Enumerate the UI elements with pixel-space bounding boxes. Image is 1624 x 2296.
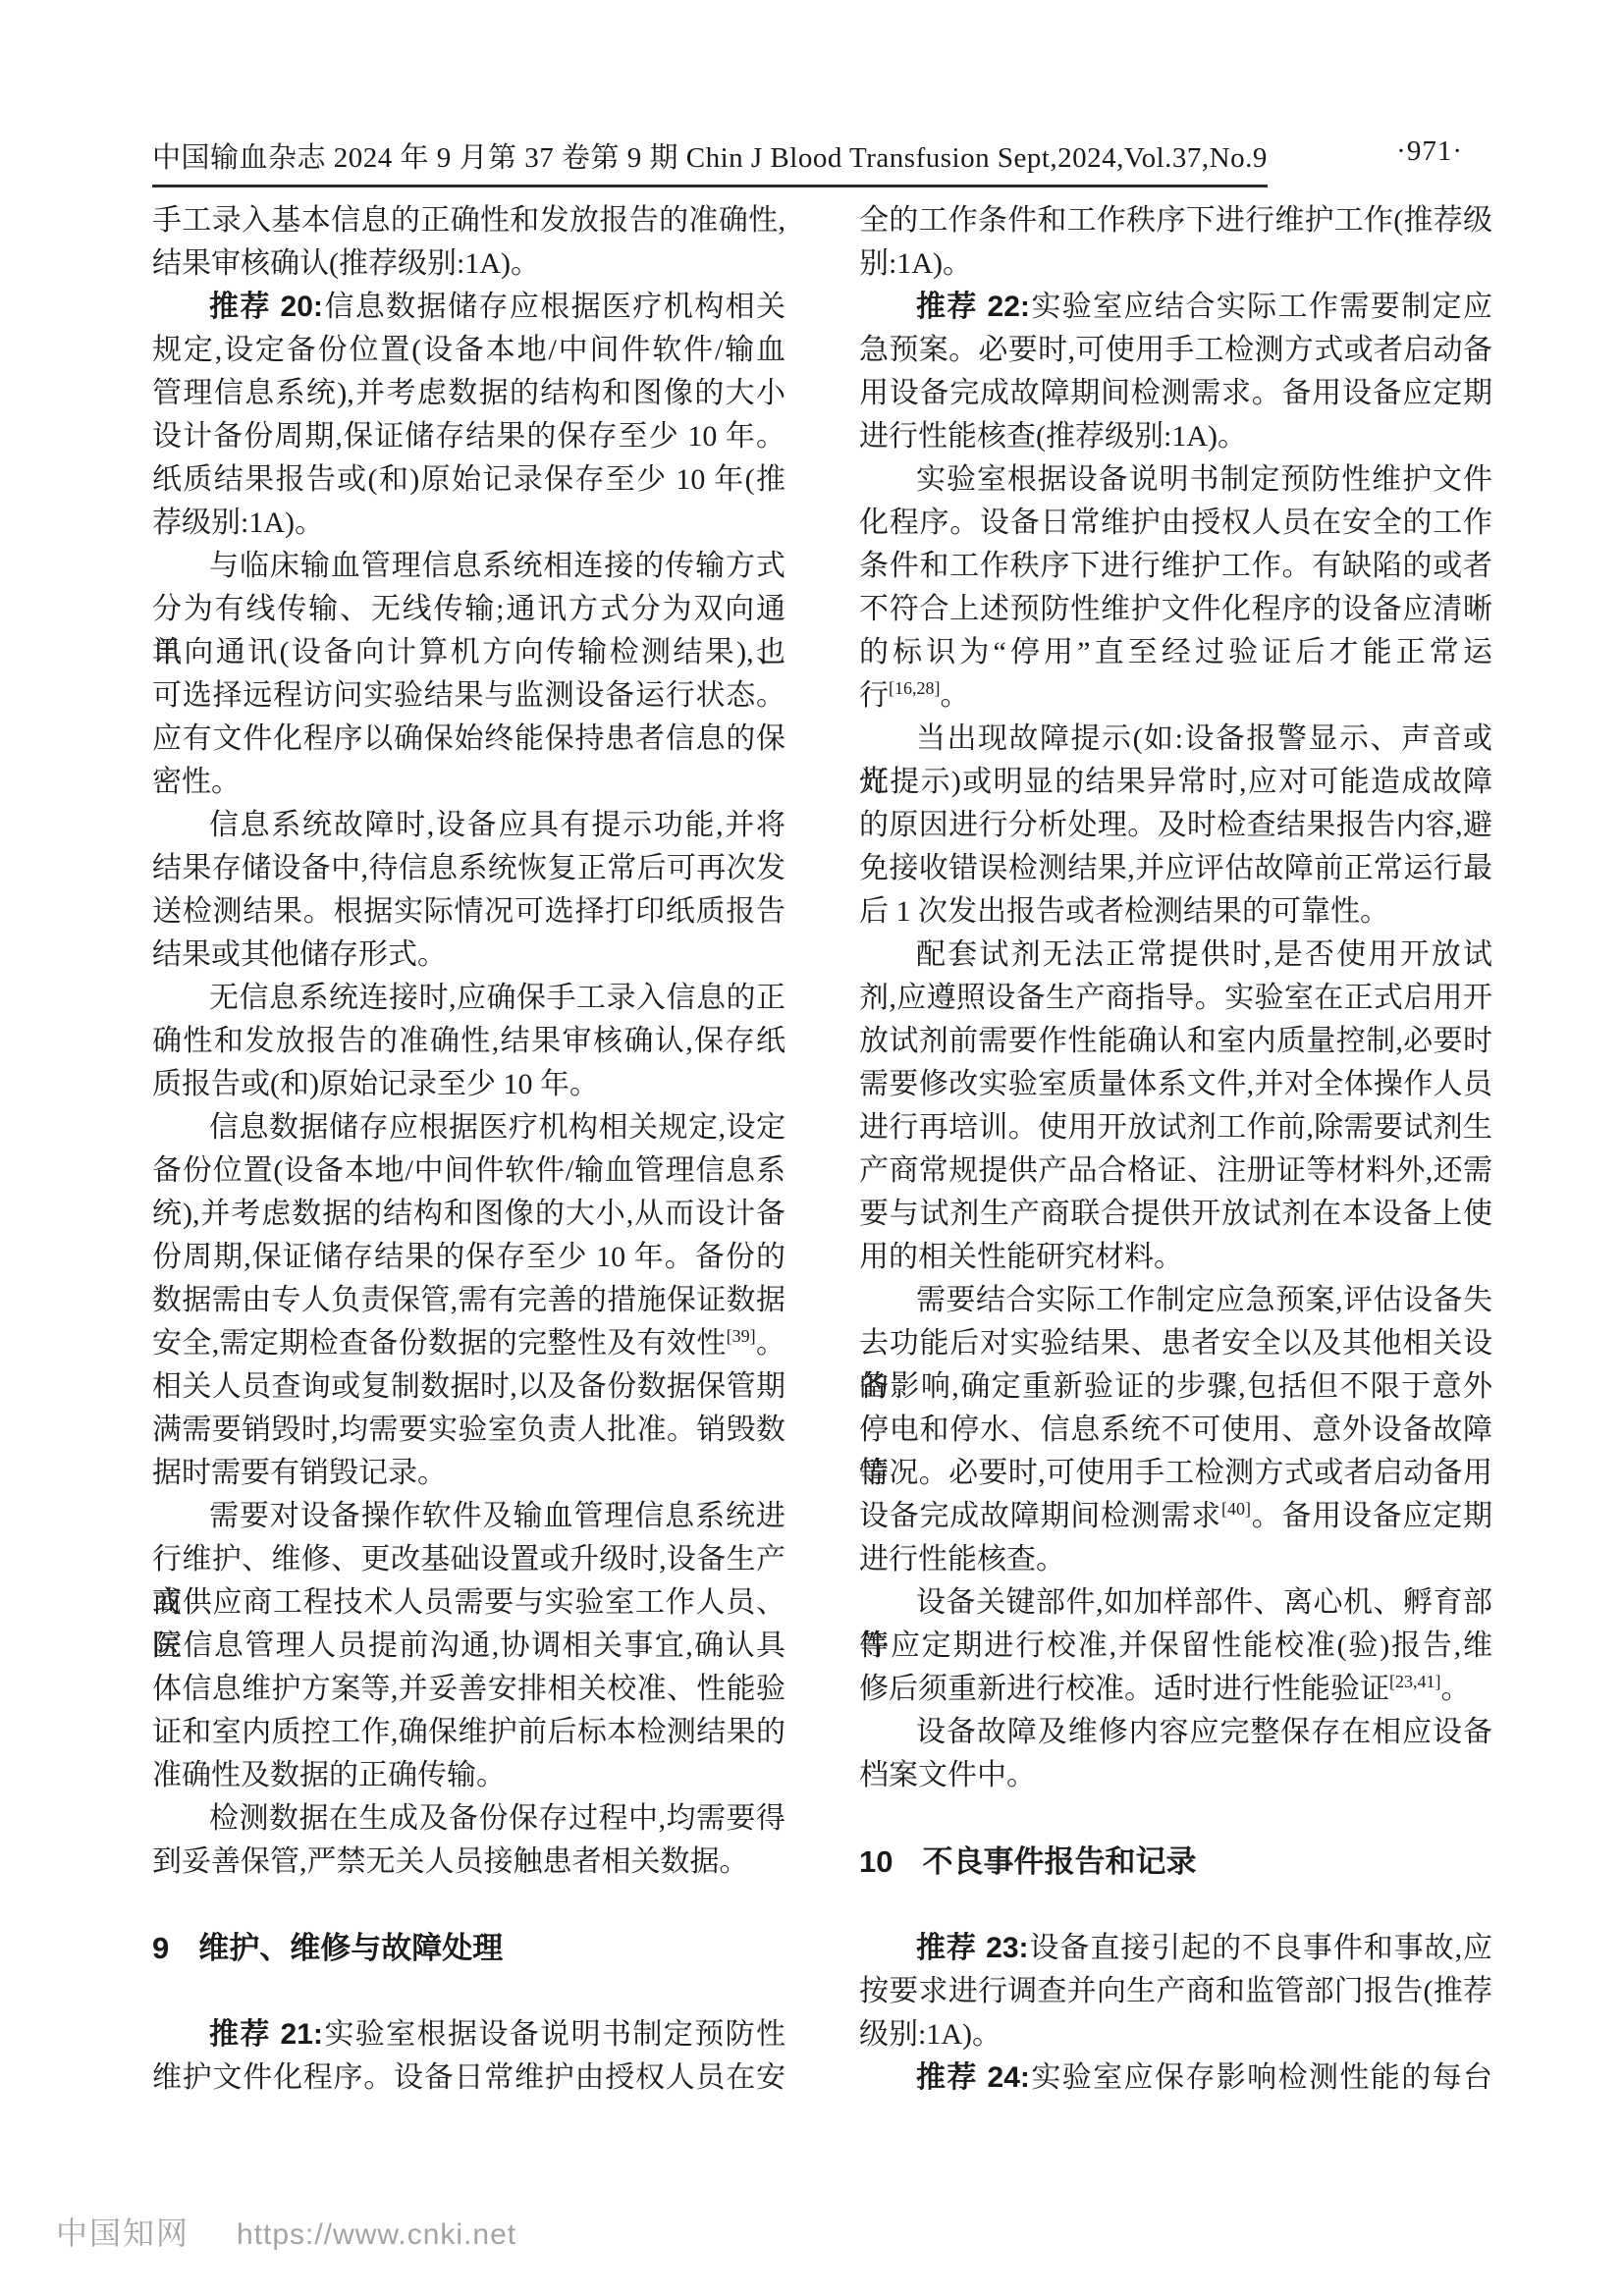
text-line: 推荐 21:实验室根据设备说明书制定预防性 <box>152 2013 785 2056</box>
text-line: 送检测结果。根据实际情况可选择打印纸质报告 <box>152 890 785 934</box>
text-run: 结果或其他储存形式。 <box>152 938 447 971</box>
text-run: 需要对设备操作软件及输血管理信息系统进 <box>209 1500 785 1532</box>
text-line: 要与试剂生产商联合提供开放试剂在本设备上使 <box>859 1193 1492 1236</box>
text-run: 管理信息系统),并考虑数据的结构和图像的大小 <box>152 377 785 409</box>
text-line: 检测数据在生成及备份保存过程中,均需要得 <box>152 1797 785 1841</box>
text-run: 实验室应结合实际工作需要制定应 <box>1030 291 1492 323</box>
text-run: 进行性能核查(推荐级别:1A)。 <box>859 420 1247 453</box>
text-run: 信息数据储存应根据医疗机构相关规定,设定 <box>209 1111 785 1144</box>
page-footer: 中国知网 https://www.cnki.net <box>56 2209 516 2248</box>
text-run: 光提示)或明显的结果异常时,应对可能造成故障 <box>859 766 1492 798</box>
text-line: 后 1 次发出报告或者检测结果的可靠性。 <box>859 890 1492 934</box>
text-line: 单向通讯(设备向计算机方向传输检测结果),也 <box>152 631 785 674</box>
text-run: 统),并考虑数据的结构和图像的大小,从而设计备 <box>152 1198 785 1230</box>
text-run: 满需要销毁时,均需要实验室负责人批准。销毁数 <box>152 1414 785 1446</box>
text-line: 行[16,28]。 <box>859 674 1492 718</box>
text-run: 全的工作条件和工作秩序下进行维护工作(推荐级 <box>859 204 1492 237</box>
text-line: 推荐 20:信息数据储存应根据医疗机构相关 <box>152 286 785 329</box>
text-run: 份周期,保证储存结果的保存至少 10 年。备份的 <box>152 1241 785 1273</box>
text-run: 纸质结果报告或(和)原始记录保存至少 10 年(推 <box>152 463 785 496</box>
text-run: 送检测结果。根据实际情况可选择打印纸质报告 <box>152 895 785 928</box>
text-line: 满需要销毁时,均需要实验室负责人批准。销毁数 <box>152 1409 785 1452</box>
text-run: 结果审核确认(推荐级别:1A)。 <box>152 247 540 280</box>
recommendation-label: 推荐 22: <box>916 291 1030 323</box>
text-line: 情况。必要时,可使用手工检测方式或者启动备用 <box>859 1452 1492 1495</box>
text-run: 检测数据在生成及备份保存过程中,均需要得 <box>209 1802 785 1835</box>
text-run: 实验室应保存影响检测性能的每台 <box>1030 2061 1492 2094</box>
text-run: 数据需由专人负责保管,需有完善的措施保证数据 <box>152 1284 785 1316</box>
text-line: 产商常规提供产品合格证、注册证等材料外,还需 <box>859 1149 1492 1193</box>
text-run: 等应定期进行校准,并保留性能校准(验)报告,维 <box>859 1629 1492 1662</box>
left-column: 手工录入基本信息的正确性和发放报告的准确性,结果审核确认(推荐级别:1A)。推荐… <box>152 199 785 2100</box>
text-run: 实验室根据设备说明书制定预防性维护文件 <box>916 463 1492 496</box>
text-line: 需要对设备操作软件及输血管理信息系统进 <box>152 1495 785 1538</box>
text-line: 应有文件化程序以确保始终能保持患者信息的保 <box>152 718 785 761</box>
text-line: 进行性能核查。 <box>859 1538 1492 1581</box>
text-run: 质报告或(和)原始记录至少 10 年。 <box>152 1068 599 1100</box>
text-line: 管理信息系统),并考虑数据的结构和图像的大小 <box>152 372 785 415</box>
section-title: 不良事件报告和记录 <box>922 1844 1196 1879</box>
section-heading: 9维护、维修与故障处理 <box>152 1927 785 1970</box>
text-line: 结果审核确认(推荐级别:1A)。 <box>152 242 785 286</box>
section-title: 维护、维修与故障处理 <box>198 1931 503 1965</box>
text-line: 备份位置(设备本地/中间件软件/输血管理信息系 <box>152 1149 785 1193</box>
text-run: 体信息维护方案等,并妥善安排相关校准、性能验 <box>152 1673 785 1705</box>
text-run: 后 1 次发出报告或者检测结果的可靠性。 <box>859 895 1389 928</box>
text-line: 与临床输血管理信息系统相连接的传输方式 <box>152 545 785 588</box>
text-run: 设备完成故障期间检测需求 <box>859 1500 1221 1532</box>
text-line: 荐级别:1A)。 <box>152 502 785 545</box>
text-line: 的影响,确定重新验证的步骤,包括但不限于意外 <box>859 1365 1492 1409</box>
recommendation-label: 推荐 23: <box>916 1932 1029 1964</box>
text-line: 档案文件中。 <box>859 1754 1492 1797</box>
text-line: 按要求进行调查并向生产商和监管部门报告(推荐 <box>859 1970 1492 2013</box>
text-run: 单向通讯(设备向计算机方向传输检测结果),也 <box>152 636 785 668</box>
text-run: 进行再培训。使用开放试剂工作前,除需要试剂生 <box>859 1111 1492 1144</box>
text-line: 或供应商工程技术人员需要与实验室工作人员、医 <box>152 1581 785 1625</box>
recommendation-label: 推荐 20: <box>209 291 323 323</box>
text-run: 规定,设定备份位置(设备本地/中间件软件/输血 <box>152 334 785 366</box>
text-line: 全的工作条件和工作秩序下进行维护工作(推荐级 <box>859 199 1492 242</box>
text-run: 备份位置(设备本地/中间件软件/输血管理信息系 <box>152 1154 785 1187</box>
text-line: 手工录入基本信息的正确性和发放报告的准确性, <box>152 199 785 242</box>
text-line: 结果或其他储存形式。 <box>152 934 785 977</box>
text-line: 的原因进行分析处理。及时检查结果报告内容,避 <box>859 804 1492 847</box>
text-line: 设计备份周期,保证储存结果的保存至少 10 年。 <box>152 415 785 458</box>
text-run: 手工录入基本信息的正确性和发放报告的准确性, <box>152 204 785 237</box>
text-run: 设计备份周期,保证储存结果的保存至少 10 年。 <box>152 420 785 453</box>
text-run: 需要修改实验室质量体系文件,并对全体操作人员 <box>859 1068 1492 1100</box>
text-line: 等应定期进行校准,并保留性能校准(验)报告,维 <box>859 1625 1492 1668</box>
text-line: 推荐 24:实验室应保存影响检测性能的每台 <box>859 2056 1492 2100</box>
text-line: 设备故障及维修内容应完整保存在相应设备 <box>859 1711 1492 1754</box>
text-line: 设备完成故障期间检测需求[40]。备用设备应定期 <box>859 1495 1492 1538</box>
text-run: 行 <box>859 679 889 712</box>
text-run: 别:1A)。 <box>859 247 972 280</box>
text-line: 级别:1A)。 <box>859 2013 1492 2056</box>
journal-header-text: 中国输血杂志 2024 年 9 月第 37 卷第 9 期 Chin J Bloo… <box>152 135 1268 187</box>
text-run: 信息系统故障时,设备应具有提示功能,并将 <box>209 809 785 841</box>
text-run: 到妥善保管,严禁无关人员接触患者相关数据。 <box>152 1845 749 1878</box>
text-line: 实验室根据设备说明书制定预防性维护文件 <box>859 458 1492 502</box>
right-column: 全的工作条件和工作秩序下进行维护工作(推荐级别:1A)。推荐 22:实验室应结合… <box>859 199 1492 2100</box>
text-run: 与临床输血管理信息系统相连接的传输方式 <box>209 550 785 582</box>
text-run: 按要求进行调查并向生产商和监管部门报告(推荐 <box>859 1975 1492 2007</box>
text-line: 信息系统故障时,设备应具有提示功能,并将 <box>152 804 785 847</box>
text-line: 急预案。必要时,可使用手工检测方式或者启动备 <box>859 329 1492 372</box>
text-line: 的标识为“停用”直至经过验证后才能正常运 <box>859 631 1492 674</box>
text-line: 准确性及数据的正确传输。 <box>152 1754 785 1797</box>
text-line: 别:1A)。 <box>859 242 1492 286</box>
text-run: 信息数据储存应根据医疗机构相关 <box>323 291 785 323</box>
text-line: 维护文件化程序。设备日常维护由授权人员在安 <box>152 2056 785 2100</box>
text-line: 信息数据储存应根据医疗机构相关规定,设定 <box>152 1106 785 1149</box>
text-line: 分为有线传输、无线传输;通讯方式分为双向通讯、 <box>152 588 785 631</box>
text-line: 需要结合实际工作制定应急预案,评估设备失 <box>859 1279 1492 1322</box>
text-line: 密性。 <box>152 761 785 804</box>
text-line: 可选择远程访问实验结果与监测设备运行状态。 <box>152 674 785 718</box>
text-line: 证和室内质控工作,确保维护前后标本检测结果的 <box>152 1711 785 1754</box>
text-line: 修后须重新进行校准。适时进行性能验证[23,41]。 <box>859 1668 1492 1711</box>
text-line: 确性和发放报告的准确性,结果审核确认,保存纸 <box>152 1020 785 1063</box>
journal-page: 中国输血杂志 2024 年 9 月第 37 卷第 9 期 Chin J Bloo… <box>0 0 1624 2296</box>
text-line: 免接收错误检测结果,并应评估故障前正常运行最 <box>859 847 1492 890</box>
text-line: 配套试剂无法正常提供时,是否使用开放试 <box>859 934 1492 977</box>
text-run: 。 <box>756 1327 785 1360</box>
text-run: 。 <box>1441 1673 1471 1705</box>
text-run: 证和室内质控工作,确保维护前后标本检测结果的 <box>152 1716 785 1748</box>
text-line: 质报告或(和)原始记录至少 10 年。 <box>152 1063 785 1106</box>
text-line: 停电和停水、信息系统不可使用、意外设备故障等 <box>859 1409 1492 1452</box>
text-line: 进行性能核查(推荐级别:1A)。 <box>859 415 1492 458</box>
text-line: 用的相关性能研究材料。 <box>859 1236 1492 1279</box>
text-run: 可选择远程访问实验结果与监测设备运行状态。 <box>152 679 785 712</box>
text-run: 免接收错误检测结果,并应评估故障前正常运行最 <box>859 852 1492 884</box>
text-run: 剂,应遵照设备生产商指导。实验室在正式启用开 <box>859 982 1492 1014</box>
text-line: 院信息管理人员提前沟通,协调相关事宜,确认具 <box>152 1625 785 1668</box>
text-run: 。 <box>941 679 970 712</box>
text-run: 条件和工作秩序下进行维护工作。有缺陷的或者 <box>859 550 1492 582</box>
text-run: 结果存储设备中,待信息系统恢复正常后可再次发 <box>152 852 785 884</box>
text-line: 安全,需定期检查备份数据的完整性及有效性[39]。 <box>152 1322 785 1365</box>
text-run: 相关人员查询或复制数据时,以及备份数据保管期 <box>152 1370 785 1403</box>
section-heading: 10不良事件报告和记录 <box>859 1841 1492 1884</box>
text-line: 份周期,保证储存结果的保存至少 10 年。备份的 <box>152 1236 785 1279</box>
text-line: 放试剂前需要作性能确认和室内质量控制,必要时 <box>859 1020 1492 1063</box>
text-line: 规定,设定备份位置(设备本地/中间件软件/输血 <box>152 329 785 372</box>
text-line: 体信息维护方案等,并妥善安排相关校准、性能验 <box>152 1668 785 1711</box>
text-run: 进行性能核查。 <box>859 1543 1065 1575</box>
text-run: 修后须重新进行校准。适时进行性能验证 <box>859 1673 1389 1705</box>
text-line: 无信息系统连接时,应确保手工录入信息的正 <box>152 977 785 1020</box>
text-run: 情况。必要时,可使用手工检测方式或者启动备用 <box>859 1457 1492 1489</box>
text-run: 的标识为“停用”直至经过验证后才能正常运 <box>859 636 1492 668</box>
text-run: 安全,需定期检查备份数据的完整性及有效性 <box>152 1327 727 1360</box>
text-run: 无信息系统连接时,应确保手工录入信息的正 <box>209 982 785 1014</box>
recommendation-label: 推荐 21: <box>209 2018 323 2051</box>
page-number: ·971· <box>1396 135 1463 168</box>
text-run: 配套试剂无法正常提供时,是否使用开放试 <box>916 938 1492 971</box>
text-run: 维护文件化程序。设备日常维护由授权人员在安 <box>152 2061 785 2094</box>
text-run: 设备故障及维修内容应完整保存在相应设备 <box>916 1716 1492 1748</box>
text-run: 荐级别:1A)。 <box>152 507 324 539</box>
text-line: 去功能后对实验结果、患者安全以及其他相关设备 <box>859 1322 1492 1365</box>
text-line: 条件和工作秩序下进行维护工作。有缺陷的或者 <box>859 545 1492 588</box>
text-line: 进行再培训。使用开放试剂工作前,除需要试剂生 <box>859 1106 1492 1149</box>
section-number: 10 <box>859 1844 893 1879</box>
text-line: 不符合上述预防性维护文件化程序的设备应清晰 <box>859 588 1492 631</box>
text-run: 设备直接引起的不良事件和事故,应 <box>1029 1932 1493 1964</box>
text-line: 设备关键部件,如加样部件、离心机、孵育部件 <box>859 1581 1492 1625</box>
text-run: 。备用设备应定期 <box>1251 1500 1492 1532</box>
text-run: 需要结合实际工作制定应急预案,评估设备失 <box>916 1284 1492 1316</box>
page-header: 中国输血杂志 2024 年 9 月第 37 卷第 9 期 Chin J Bloo… <box>152 135 1492 185</box>
text-line: 纸质结果报告或(和)原始记录保存至少 10 年(推 <box>152 458 785 502</box>
text-run: 用的相关性能研究材料。 <box>859 1241 1183 1273</box>
text-run: 档案文件中。 <box>859 1759 1036 1791</box>
text-run: 应有文件化程序以确保始终能保持患者信息的保 <box>152 722 785 755</box>
text-line: 统),并考虑数据的结构和图像的大小,从而设计备 <box>152 1193 785 1236</box>
text-run: 不符合上述预防性维护文件化程序的设备应清晰 <box>859 593 1492 625</box>
text-line: 行维护、维修、更改基础设置或升级时,设备生产商 <box>152 1538 785 1581</box>
text-run: 确性和发放报告的准确性,结果审核确认,保存纸 <box>152 1025 785 1057</box>
text-run: 实验室根据设备说明书制定预防性 <box>323 2018 785 2051</box>
text-run: 据时需要有销毁记录。 <box>152 1457 447 1489</box>
text-line: 推荐 23:设备直接引起的不良事件和事故,应 <box>859 1927 1492 1970</box>
text-run: 的原因进行分析处理。及时检查结果报告内容,避 <box>859 809 1492 841</box>
text-line: 据时需要有销毁记录。 <box>152 1452 785 1495</box>
text-line: 需要修改实验室质量体系文件,并对全体操作人员 <box>859 1063 1492 1106</box>
text-run: 密性。 <box>152 766 241 798</box>
cnki-watermark-label: 中国知网 <box>56 2216 189 2251</box>
text-line: 数据需由专人负责保管,需有完善的措施保证数据 <box>152 1279 785 1322</box>
text-line: 当出现故障提示(如:设备报警显示、声音或灯 <box>859 718 1492 761</box>
citation-reference: [16,28] <box>889 678 941 698</box>
text-line: 相关人员查询或复制数据时,以及备份数据保管期 <box>152 1365 785 1409</box>
text-run: 的影响,确定重新验证的步骤,包括但不限于意外 <box>859 1370 1492 1403</box>
text-run: 放试剂前需要作性能确认和室内质量控制,必要时 <box>859 1025 1492 1057</box>
text-run: 准确性及数据的正确传输。 <box>152 1759 506 1791</box>
text-run: 级别:1A)。 <box>859 2018 1001 2051</box>
text-line: 剂,应遵照设备生产商指导。实验室在正式启用开 <box>859 977 1492 1020</box>
text-line: 推荐 22:实验室应结合实际工作需要制定应 <box>859 286 1492 329</box>
text-run: 院信息管理人员提前沟通,协调相关事宜,确认具 <box>152 1629 785 1662</box>
text-line: 结果存储设备中,待信息系统恢复正常后可再次发 <box>152 847 785 890</box>
citation-reference: [40] <box>1221 1499 1251 1519</box>
text-line: 用设备完成故障期间检测需求。备用设备应定期 <box>859 372 1492 415</box>
text-run: 化程序。设备日常维护由授权人员在安全的工作 <box>859 507 1492 539</box>
text-line: 化程序。设备日常维护由授权人员在安全的工作 <box>859 502 1492 545</box>
citation-reference: [23,41] <box>1389 1672 1441 1691</box>
text-line: 到妥善保管,严禁无关人员接触患者相关数据。 <box>152 1841 785 1884</box>
text-run: 要与试剂生产商联合提供开放试剂在本设备上使 <box>859 1198 1492 1230</box>
text-line: 光提示)或明显的结果异常时,应对可能造成故障 <box>859 761 1492 804</box>
section-number: 9 <box>152 1931 169 1965</box>
recommendation-label: 推荐 24: <box>916 2061 1030 2094</box>
cnki-watermark-url: https://www.cnki.net <box>237 2218 516 2251</box>
citation-reference: [39] <box>727 1326 756 1346</box>
text-run: 产商常规提供产品合格证、注册证等材料外,还需 <box>859 1154 1492 1187</box>
text-run: 用设备完成故障期间检测需求。备用设备应定期 <box>859 377 1492 409</box>
text-run: 急预案。必要时,可使用手工检测方式或者启动备 <box>859 334 1492 366</box>
